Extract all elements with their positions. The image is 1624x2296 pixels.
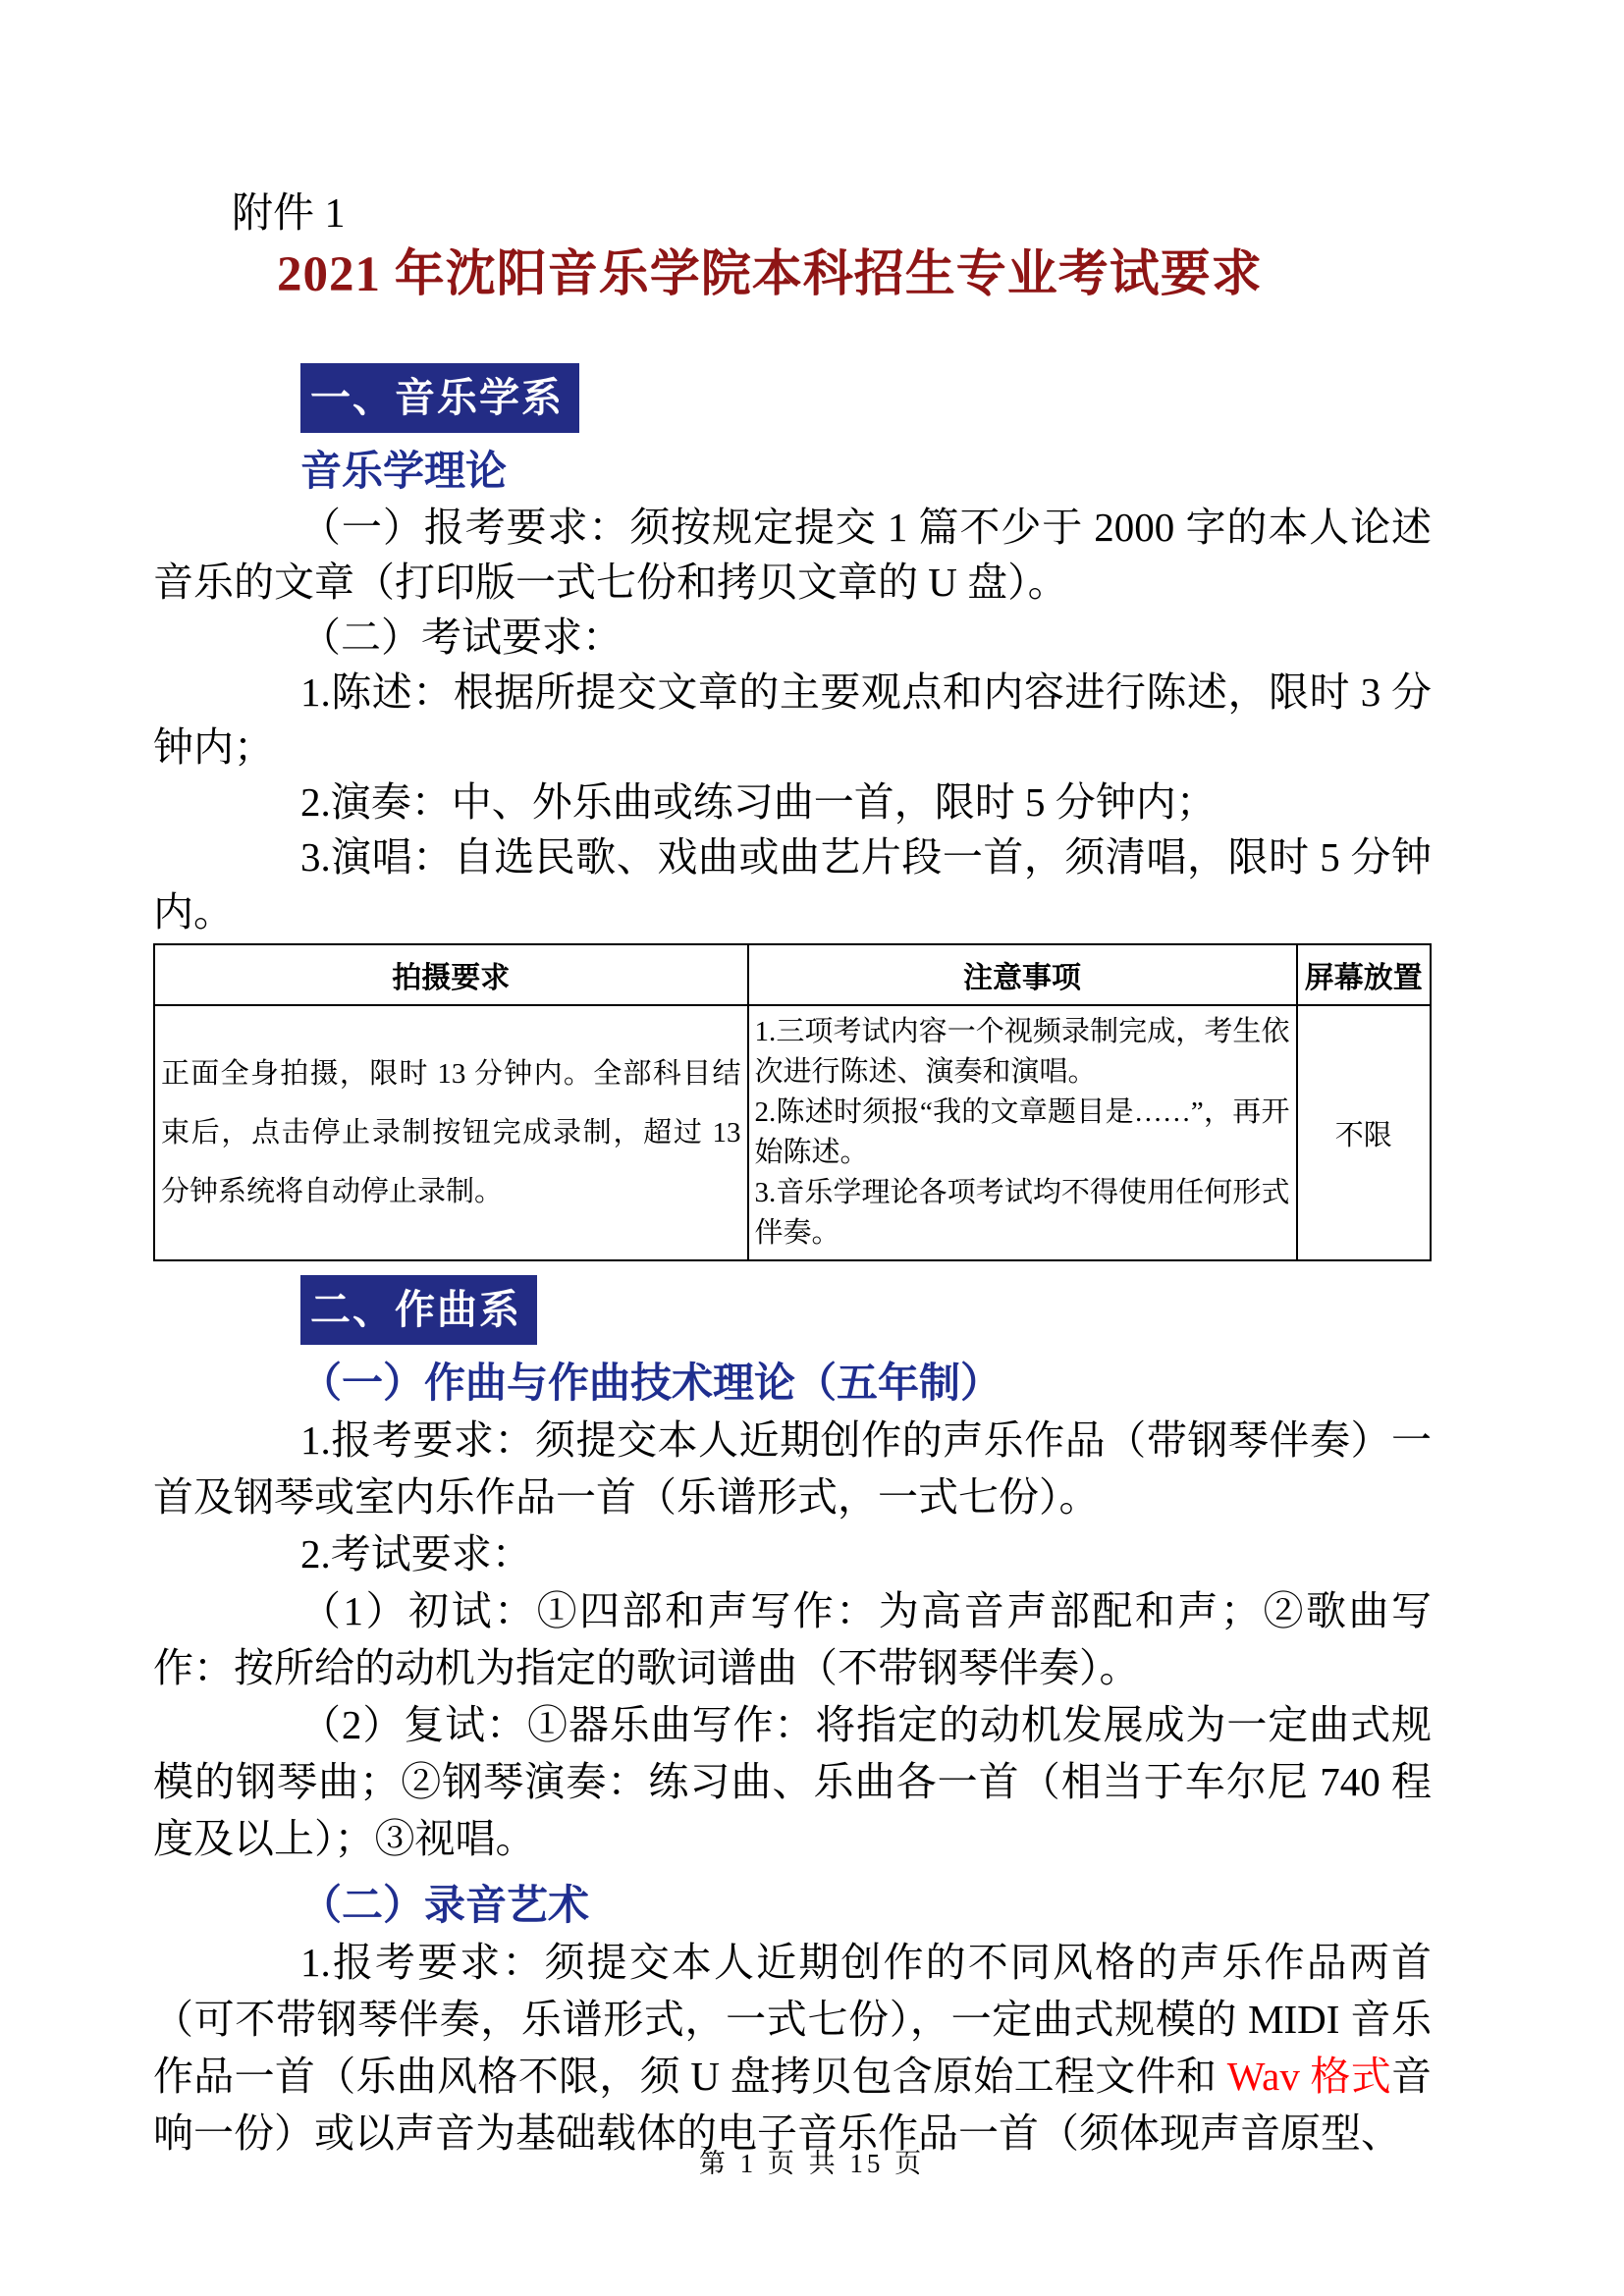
- document-content: 附件 1 2021 年沈阳音乐学院本科招生专业考试要求 一、音乐学系 音乐学理论…: [0, 0, 1624, 2162]
- section2-subheading-1: （一）作曲与作曲技术理论（五年制）: [300, 1357, 1432, 1412]
- document-title: 2021 年沈阳音乐学院本科招生专业考试要求: [277, 243, 1432, 306]
- column-header-screen: 屏幕放置: [1297, 944, 1432, 1005]
- document-page: 附件 1 2021 年沈阳音乐学院本科招生专业考试要求 一、音乐学系 音乐学理论…: [0, 0, 1624, 2296]
- table-header-row: 拍摄要求 注意事项 屏幕放置: [154, 944, 1431, 1005]
- section1-subheading: 音乐学理论: [300, 445, 1432, 500]
- column-header-shooting: 拍摄要求: [154, 944, 748, 1005]
- paragraph: 1.陈述：根据所提交文章的主要观点和内容进行陈述，限时 3 分钟内；: [153, 665, 1432, 774]
- column-header-notes: 注意事项: [748, 944, 1297, 1005]
- section2: 二、作曲系 （一）作曲与作曲技术理论（五年制） 1.报考要求：须提交本人近期创作…: [153, 1275, 1432, 2162]
- page-number-footer: 第 1 页 共 15 页: [0, 2142, 1624, 2180]
- paragraph: 1.报考要求：须提交本人近期创作的声乐作品（带钢琴伴奏）一首及钢琴或室内乐作品一…: [153, 1412, 1432, 1525]
- paragraph: （一）报考要求：须按规定提交 1 篇不少于 2000 字的本人论述音乐的文章（打…: [153, 500, 1432, 610]
- section2-subheading-2: （二）录音艺术: [300, 1879, 1432, 1934]
- paragraph: （2）复试：①器乐曲写作：将指定的动机发展成为一定曲式规模的钢琴曲；②钢琴演奏：…: [153, 1696, 1432, 1867]
- paragraph: 2.考试要求：: [153, 1525, 1432, 1582]
- note-item: 3.音乐学理论各项考试均不得使用任何形式伴奏。: [755, 1173, 1290, 1254]
- note-item: 2.陈述时须报“我的文章题目是……”，再开始陈述。: [755, 1093, 1290, 1173]
- section2-badge-row: 二、作曲系: [300, 1275, 1432, 1345]
- section1-badge-row: 一、音乐学系: [300, 363, 1432, 433]
- exam-requirements-table: 拍摄要求 注意事项 屏幕放置 正面全身拍摄，限时 13 分钟内。全部科目结束后，…: [153, 943, 1432, 1261]
- table-row: 正面全身拍摄，限时 13 分钟内。全部科目结束后，点击停止录制按钮完成录制，超过…: [154, 1005, 1431, 1260]
- highlighted-text: Wav 格式: [1227, 2054, 1391, 2099]
- paragraph: 2.演奏：中、外乐曲或练习曲一首，限时 5 分钟内；: [153, 774, 1432, 829]
- paragraph: （1）初试：①四部和声写作：为高音声部配和声；②歌曲写作：按所给的动机为指定的歌…: [153, 1582, 1432, 1696]
- attachment-label: 附件 1: [232, 188, 1432, 240]
- section2-badge: 二、作曲系: [300, 1275, 537, 1345]
- cell-notes: 1.三项考试内容一个视频录制完成，考生依次进行陈述、演奏和演唱。 2.陈述时须报…: [748, 1005, 1297, 1260]
- note-item: 1.三项考试内容一个视频录制完成，考生依次进行陈述、演奏和演唱。: [755, 1012, 1290, 1093]
- cell-screen-placement: 不限: [1297, 1005, 1432, 1260]
- paragraph: （二）考试要求：: [153, 610, 1432, 665]
- paragraph-with-highlight: 1.报考要求：须提交本人近期创作的不同风格的声乐作品两首（可不带钢琴伴奏，乐谱形…: [153, 1934, 1432, 2162]
- paragraph: 3.演唱：自选民歌、戏曲或曲艺片段一首，须清唱，限时 5 分钟内。: [153, 829, 1432, 939]
- section1-badge: 一、音乐学系: [300, 363, 579, 433]
- cell-shooting-requirements: 正面全身拍摄，限时 13 分钟内。全部科目结束后，点击停止录制按钮完成录制，超过…: [154, 1005, 748, 1260]
